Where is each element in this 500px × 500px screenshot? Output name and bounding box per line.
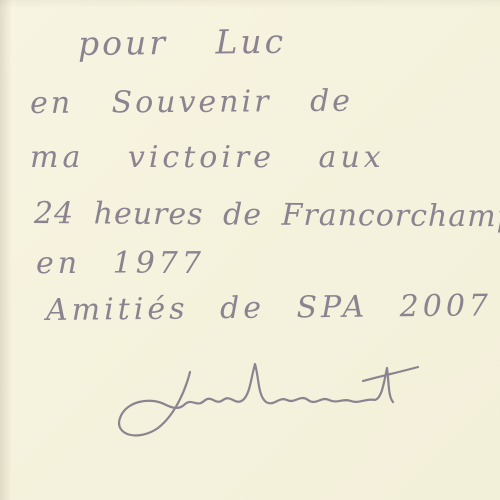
paper-page: pour Luc en Souvenir de ma victoire aux … bbox=[0, 0, 500, 500]
dedication-line-4: 24 heures de Francorchamps bbox=[34, 196, 500, 234]
signature bbox=[100, 348, 420, 443]
dedication-line-5: en 1977 bbox=[36, 246, 205, 281]
dedication-line-1: pour Luc bbox=[78, 22, 287, 63]
dedication-line-3: ma victoire aux bbox=[30, 140, 385, 175]
dedication-line-6: Amitiés de SPA 2007 bbox=[46, 288, 492, 328]
dedication-line-2: en Souvenir de bbox=[30, 84, 353, 121]
